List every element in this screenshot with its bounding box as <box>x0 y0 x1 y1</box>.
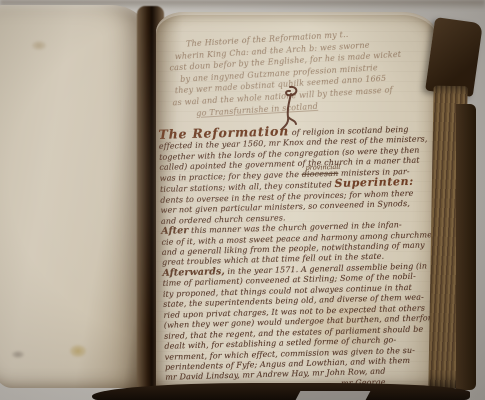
superintendents-large-word: Superinten: <box>334 175 414 190</box>
manuscript-body: The Reformation of religion in scotland … <box>158 122 438 390</box>
left-blank-page <box>0 5 144 388</box>
cover-edge-right <box>456 104 476 390</box>
book-photo: The Historie of the Reformation my t.. w… <box>0 0 485 400</box>
page-stain <box>32 41 46 50</box>
bottom-shadow <box>92 383 470 400</box>
page-stain <box>70 345 86 357</box>
inserted-word: provinciall <box>305 162 340 173</box>
page-stain <box>12 351 24 358</box>
paragraph-lead-word: After <box>161 225 189 237</box>
cover-corner-top <box>425 17 483 97</box>
right-manuscript-page: The Historie of the Reformation my t.. w… <box>156 12 438 390</box>
table-surface-wedge <box>296 391 371 400</box>
correction-group: diocesanprovinciall <box>302 169 339 179</box>
